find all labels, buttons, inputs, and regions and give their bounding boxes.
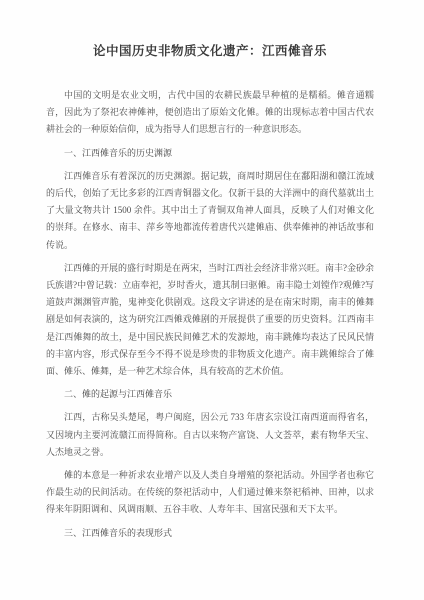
document-title: 论中国历史非物质文化遗产：江西傩音乐 (46, 44, 374, 59)
document-page: 论中国历史非物质文化遗产：江西傩音乐 中国的文明是农业文明，古代中国的农耕民族最… (0, 0, 424, 600)
section-heading: 一、江西傩音乐的历史渊源 (46, 145, 374, 162)
paragraph: 江西傩音乐有着深沉的历史渊源。据记载，商周时期居住在鄱阳湖和赣江流域的后代，创始… (46, 168, 374, 254)
document-body: 中国的文明是农业文明，古代中国的农耕民族最早种植的是糯稻。傩音通糯音，因此为了祭… (46, 87, 374, 542)
paragraph: 傩的本意是一种祈求农业增产以及人类自身增殖的祭祀活动。外国学者也称它作最生动的民… (46, 467, 374, 519)
section-heading: 二、傩的起源与江西傩音乐 (46, 386, 374, 403)
paragraph: 江西，古称吴头楚尾，粤户闽庭，因公元 733 年唐玄宗设江南西道而得省名，又因境… (46, 409, 374, 461)
paragraph: 江西傩的开展的盛行时期是在两宋，当时江西社会经济非常兴旺。南丰?金砂余氏族谱?中… (46, 260, 374, 380)
section-heading: 三、江西傩音乐的表现形式 (46, 525, 374, 542)
paragraph: 中国的文明是农业文明，古代中国的农耕民族最早种植的是糯稻。傩音通糯音，因此为了祭… (46, 87, 374, 139)
